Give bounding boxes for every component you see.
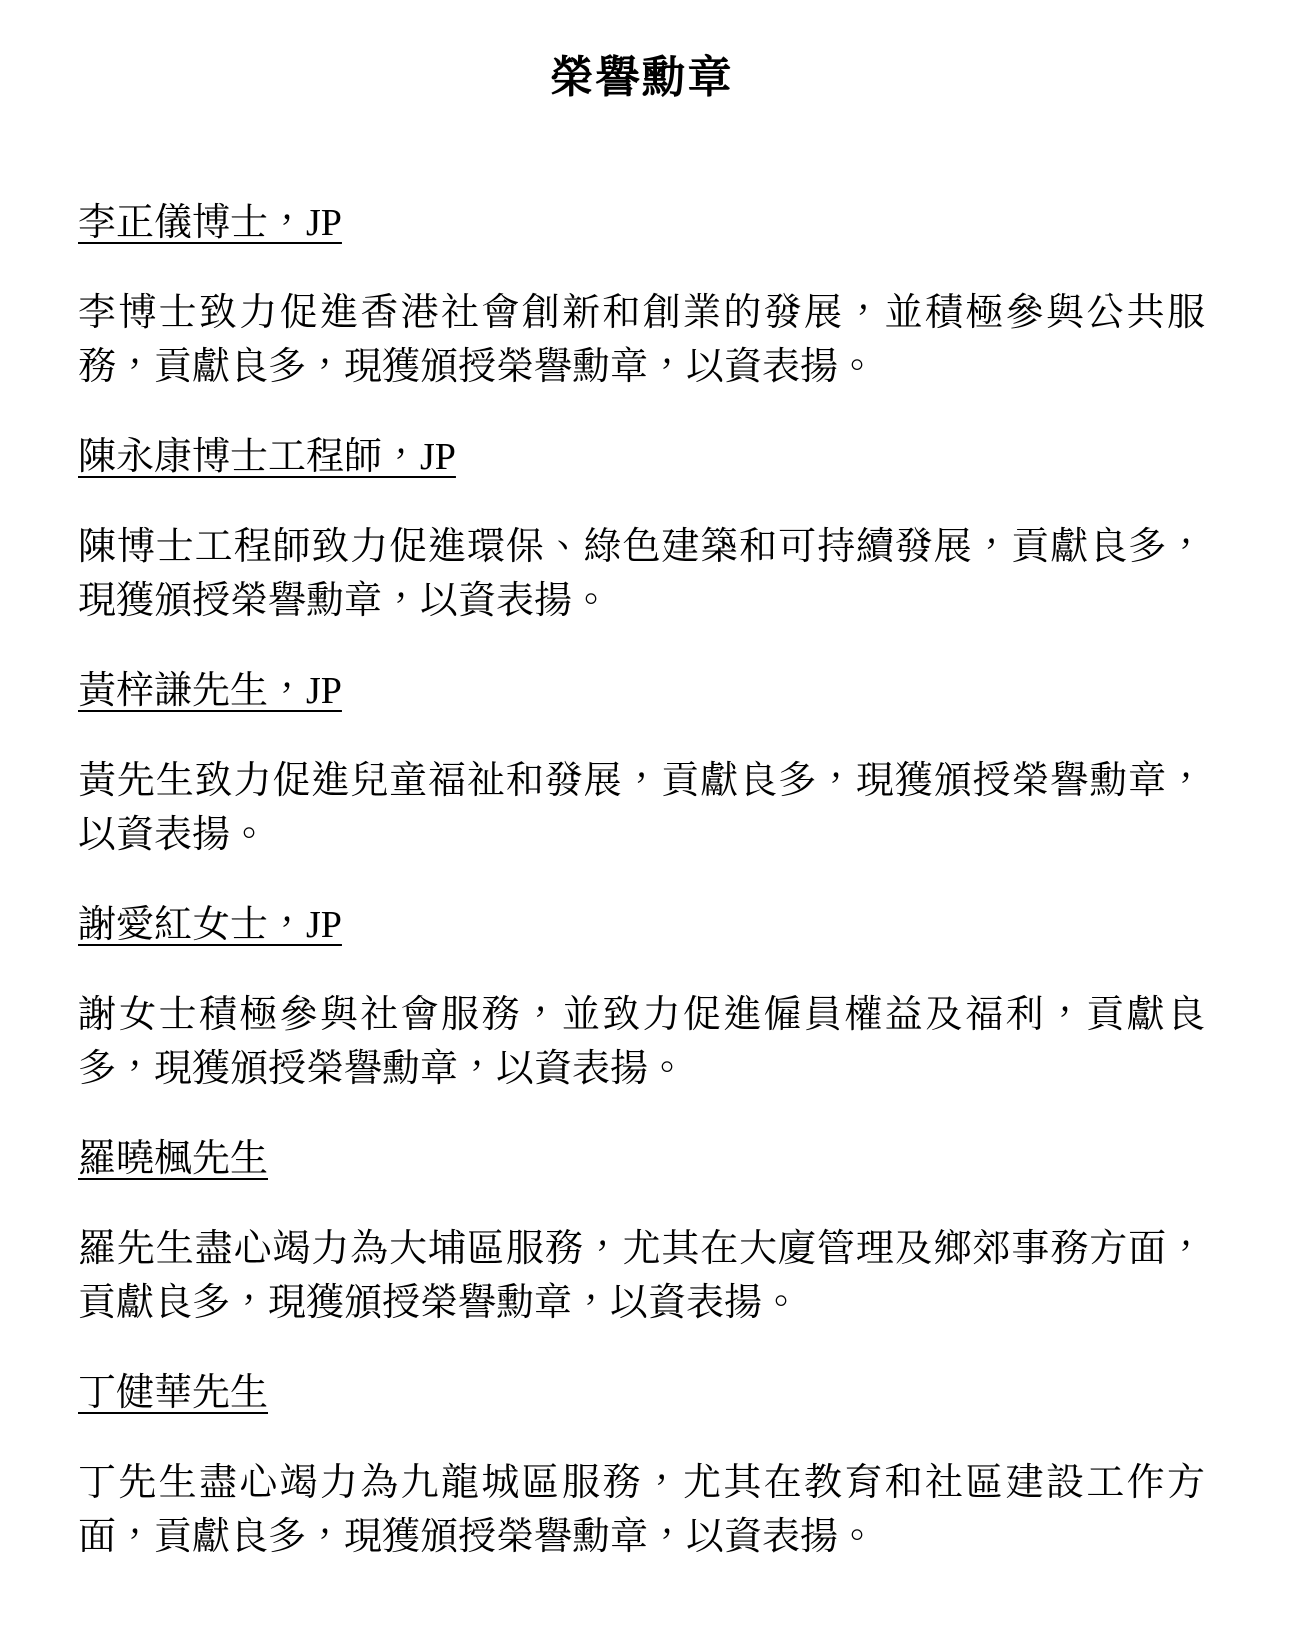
honour-entry: 羅曉楓先生 羅先生盡心竭力為大埔區服務，尤其在大廈管理及鄉郊事務方面，貢獻良多，… bbox=[78, 1132, 1205, 1330]
recipient-citation: 李博士致力促進香港社會創新和創業的發展，並積極參與公共服務，貢獻良多，現獲頒授榮… bbox=[78, 286, 1205, 394]
recipient-citation: 羅先生盡心竭力為大埔區服務，尤其在大廈管理及鄉郊事務方面，貢獻良多，現獲頒授榮譽… bbox=[78, 1222, 1205, 1330]
recipient-name: 丁健華先生 bbox=[78, 1366, 268, 1420]
recipient-citation: 丁先生盡心竭力為九龍城區服務，尤其在教育和社區建設工作方面，貢獻良多，現獲頒授榮… bbox=[78, 1456, 1205, 1564]
document-title: 榮譽勳章 bbox=[78, 52, 1205, 104]
recipient-name: 謝愛紅女士，JP bbox=[78, 898, 342, 952]
recipient-name: 黃梓謙先生，JP bbox=[78, 664, 342, 718]
recipient-citation: 謝女士積極參與社會服務，並致力促進僱員權益及福利，貢獻良多，現獲頒授榮譽勳章，以… bbox=[78, 988, 1205, 1096]
honour-entry: 謝愛紅女士，JP 謝女士積極參與社會服務，並致力促進僱員權益及福利，貢獻良多，現… bbox=[78, 898, 1205, 1096]
document-page: { "document": { "title": "榮譽勳章", "entrie… bbox=[0, 0, 1306, 1640]
honour-entry: 丁健華先生 丁先生盡心竭力為九龍城區服務，尤其在教育和社區建設工作方面，貢獻良多… bbox=[78, 1366, 1205, 1564]
recipient-citation: 陳博士工程師致力促進環保、綠色建築和可持續發展，貢獻良多，現獲頒授榮譽勳章，以資… bbox=[78, 520, 1205, 628]
recipient-name: 李正儀博士，JP bbox=[78, 196, 342, 250]
recipient-name: 陳永康博士工程師，JP bbox=[78, 430, 456, 484]
recipient-name: 羅曉楓先生 bbox=[78, 1132, 268, 1186]
honour-entry: 陳永康博士工程師，JP 陳博士工程師致力促進環保、綠色建築和可持續發展，貢獻良多… bbox=[78, 430, 1205, 628]
honour-entry: 黃梓謙先生，JP 黃先生致力促進兒童福祉和發展，貢獻良多，現獲頒授榮譽勳章，以資… bbox=[78, 664, 1205, 862]
recipient-citation: 黃先生致力促進兒童福祉和發展，貢獻良多，現獲頒授榮譽勳章，以資表揚。 bbox=[78, 754, 1205, 862]
honour-entry: 李正儀博士，JP 李博士致力促進香港社會創新和創業的發展，並積極參與公共服務，貢… bbox=[78, 196, 1205, 394]
